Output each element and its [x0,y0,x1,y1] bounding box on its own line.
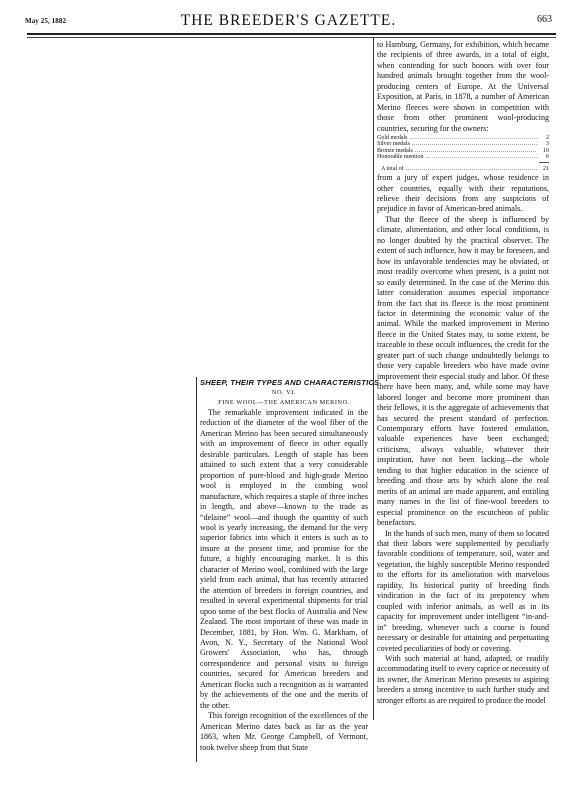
paragraph: to Hamburg, Germany, for exhibition, whi… [377,40,549,134]
medal-total-row: A total of .............................… [377,166,549,172]
article-subheadline: FINE WOOL—THE AMERICAN MERINO. [200,398,368,408]
article-headline: SHEEP, THEIR TYPES AND CHARACTERISTICS [200,378,368,388]
paragraph: This foreign recognition of the excellen… [200,711,368,753]
medal-count: 6 [539,154,549,160]
medal-label: Honorable mention [377,154,424,160]
medal-total-count: 21 [539,166,549,172]
total-rule [539,162,549,163]
article-column-middle: SHEEP, THEIR TYPES AND CHARACTERISTICS N… [200,378,368,753]
leader-dots: ........................................… [426,154,538,160]
masthead: May 25, 1882 THE BREEDER'S GAZETTE. 663 [25,10,552,32]
paragraph: With such material at hand, adapted, or … [377,654,549,706]
masthead-rule-thin [27,37,556,38]
column-divider-middle [196,377,197,762]
medal-row: Honorable mention ......................… [377,154,549,160]
page-number: 663 [537,14,552,25]
paragraph: In the hands of such men, many of them s… [377,529,549,654]
medal-table: Gold medals ............................… [377,135,549,172]
article-number: NO. VI. [200,388,368,398]
publication-title: THE BREEDER'S GAZETTE. [25,12,552,30]
paragraph: The remarkable improvement indicated in … [200,408,368,711]
leader-dots: ........................................… [406,166,537,172]
masthead-rule-thick [27,33,556,35]
paragraph: from a jury of expert judges, whose resi… [377,173,549,215]
article-column-right: to Hamburg, Germany, for exhibition, whi… [377,40,549,706]
medal-total-label: A total of [381,166,404,172]
paragraph: That the fleece of the sheep is influenc… [377,215,549,529]
